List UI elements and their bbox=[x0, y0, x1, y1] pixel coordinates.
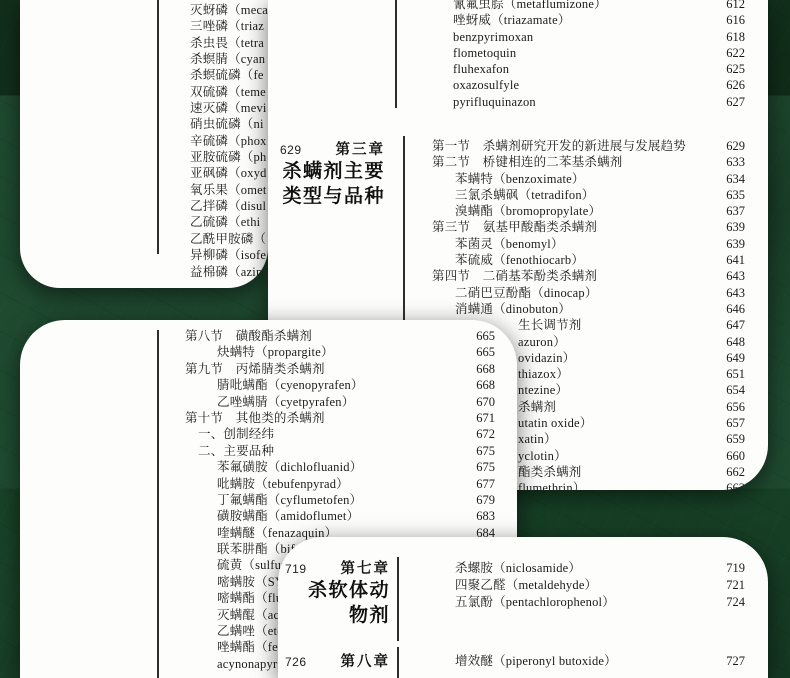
toc-page-number: 646 bbox=[726, 301, 745, 317]
toc-entry-text: 二、主要品种 bbox=[198, 444, 274, 458]
toc-entry-text: benzpyrimoxan bbox=[453, 30, 533, 44]
toc-entry-text: 生长调节剂 bbox=[518, 318, 582, 332]
chapter-head: 629 第三章 bbox=[280, 138, 385, 159]
toc-entry-text: 嘧螨胺（SY bbox=[217, 575, 284, 589]
toc-entry-text: flometoquin bbox=[453, 46, 516, 60]
chapter-start-page: 726 bbox=[285, 655, 307, 669]
toc-row: 杀螺胺（niclosamide） 719 bbox=[455, 560, 745, 577]
toc-page-number: 668 bbox=[476, 361, 495, 377]
toc-row: 苯菌灵（benomyl） 639 bbox=[432, 236, 745, 252]
toc-row: 益棉磷（azinp bbox=[190, 264, 268, 280]
toc-page-number: 639 bbox=[726, 236, 745, 252]
toc-row: 第三节 氨基甲酸酯类杀螨剂 639 bbox=[432, 219, 745, 235]
toc-entry-text: 第十节 其他类的杀螨剂 bbox=[185, 411, 325, 425]
toc-entry-text: 益棉磷（azinp bbox=[190, 265, 268, 279]
toc-entry-text: 异柳磷（isofe bbox=[190, 248, 266, 262]
chapter-title-line1: 杀螨剂主要 bbox=[280, 159, 385, 184]
toc-list: 灭蚜磷（meca 三唑磷（triaz 杀虫畏（tetra 杀螟腈（cyan 杀螟… bbox=[190, 2, 268, 280]
toc-entry-text: 二硝巴豆酚酯（dinocap） bbox=[455, 286, 598, 300]
toc-page-number: 626 bbox=[726, 77, 745, 93]
toc-row: 三氯杀螨砜（tetradifon） 635 bbox=[432, 187, 745, 203]
toc-entry-text: 吡螨胺（tebufenpyrad） bbox=[217, 477, 349, 491]
toc-page-number: 719 bbox=[726, 560, 745, 577]
toc-entry-text: 乙酰甲胺磷（ bbox=[190, 232, 266, 246]
toc-row: 第一节 杀螨剂研究开发的新进展与发展趋势 629 bbox=[432, 138, 745, 154]
toc-row: 增效醚（piperonyl butoxide） 727 bbox=[455, 653, 745, 670]
toc-entry-text: 苯螨特（benzoximate） bbox=[455, 172, 585, 186]
toc-entry-text: 氰氟虫腙（metaflumizone） bbox=[453, 0, 607, 11]
chapter-label: 第三章 bbox=[336, 138, 386, 159]
toc-row: 苯硫威（fenothiocarb） 641 bbox=[432, 252, 745, 268]
toc-row: 三唑磷（triaz bbox=[190, 18, 268, 34]
toc-entry-text: 双硫磷（teme bbox=[190, 85, 266, 99]
toc-row: 苯氟磺胺（dichlofluanid） 675 bbox=[185, 459, 495, 475]
toc-page-number: 654 bbox=[726, 382, 745, 398]
column-divider bbox=[157, 330, 159, 678]
toc-page-number: 625 bbox=[726, 61, 745, 77]
toc-row: 苯螨特（benzoximate） 634 bbox=[432, 171, 745, 187]
toc-row: 第九节 丙烯腈类杀螨剂 668 bbox=[185, 361, 495, 377]
toc-entry-text: 消螨通（dinobuton） bbox=[455, 302, 571, 316]
toc-page-number: 633 bbox=[726, 154, 745, 170]
toc-row: 二硝巴豆酚酯（dinocap） 643 bbox=[432, 285, 745, 301]
toc-entry-text: 三氯杀螨砜（tetradifon） bbox=[455, 188, 595, 202]
toc-page-number: 675 bbox=[476, 459, 495, 475]
chapter-start-page: 629 bbox=[280, 143, 302, 157]
column-divider bbox=[403, 136, 405, 322]
toc-page-number: 662 bbox=[726, 464, 745, 480]
toc-row: 杀虫畏（tetra bbox=[190, 35, 268, 51]
chapter-title-line1: 杀软体动 bbox=[285, 578, 390, 603]
toc-entry-text: yclotin） bbox=[518, 449, 567, 463]
toc-page-number: 618 bbox=[726, 29, 745, 45]
toc-entry-text: 增效醚（piperonyl butoxide） bbox=[455, 654, 617, 668]
toc-page-number: 660 bbox=[726, 448, 745, 464]
chapter-label: 第七章 bbox=[341, 557, 391, 578]
toc-row: fluhexafon 625 bbox=[453, 61, 745, 77]
toc-entry-text: 五氯酚（pentachlorophenol） bbox=[455, 595, 615, 609]
toc-entry-text: 杀螨剂 bbox=[518, 400, 556, 414]
toc-row: 辛硫磷（phox bbox=[190, 133, 268, 149]
toc-row: 消螨通（dinobuton） 646 bbox=[432, 301, 745, 317]
toc-row: oxazosulfyle 626 bbox=[453, 77, 745, 93]
chapter-8-block: 726 第八章 bbox=[285, 650, 390, 671]
toc-row: 丁氟螨酯（cyflumetofen） 679 bbox=[185, 492, 495, 508]
toc-page-number: 675 bbox=[476, 443, 495, 459]
toc-row: 杀螟硫磷（fe bbox=[190, 67, 268, 83]
toc-entry-text: oxazosulfyle bbox=[453, 78, 519, 92]
toc-row: 氧乐果（omet bbox=[190, 182, 268, 198]
toc-entry-text: 酯类杀螨剂 bbox=[518, 465, 582, 479]
toc-page-number: 641 bbox=[726, 252, 745, 268]
toc-row: 五氯酚（pentachlorophenol） 724 bbox=[455, 594, 745, 611]
toc-entry-text: ntezine） bbox=[518, 383, 568, 397]
toc-page-number: 721 bbox=[726, 577, 745, 594]
toc-row: 异柳磷（isofe bbox=[190, 247, 268, 263]
toc-row: 速灭磷（mevi bbox=[190, 100, 268, 116]
chapter-3-block: 629 第三章 杀螨剂主要 类型与品种 bbox=[280, 138, 385, 209]
column-divider bbox=[397, 647, 399, 678]
toc-entry-text: 第三节 氨基甲酸酯类杀螨剂 bbox=[432, 220, 597, 234]
toc-entry-text: 苯硫威（fenothiocarb） bbox=[455, 253, 584, 267]
column-divider bbox=[395, 0, 397, 108]
toc-page-number: 679 bbox=[476, 492, 495, 508]
toc-list: 杀螺胺（niclosamide） 719 四聚乙醛（metaldehyde） 7… bbox=[455, 560, 745, 611]
toc-entry-text: thiazox） bbox=[518, 367, 569, 381]
toc-page-number: 643 bbox=[726, 285, 745, 301]
toc-page-number: 637 bbox=[726, 203, 745, 219]
toc-row: 乙硫磷（ethi bbox=[190, 214, 268, 230]
toc-page-number: 634 bbox=[726, 171, 745, 187]
toc-entry-text: 杀虫畏（tetra bbox=[190, 36, 264, 50]
toc-entry-text: 磺胺螨酯（amidoflumet） bbox=[217, 509, 359, 523]
toc-page-number: 683 bbox=[476, 508, 495, 524]
toc-row: 乙拌磷（disul bbox=[190, 198, 268, 214]
toc-page-number: 668 bbox=[476, 377, 495, 393]
column-divider bbox=[397, 557, 399, 641]
toc-entry-text: 杀螟硫磷（fe bbox=[190, 68, 264, 82]
toc-row: 亚胺硫磷（ph bbox=[190, 149, 268, 165]
toc-entry-text: 杀螺胺（niclosamide） bbox=[455, 561, 581, 575]
toc-entry-text: 第九节 丙烯腈类杀螨剂 bbox=[185, 362, 325, 376]
toc-row: 氰氟虫腙（metaflumizone） 612 bbox=[453, 0, 745, 12]
toc-entry-text: 灭螨醌（ace bbox=[217, 608, 285, 622]
toc-row: 溴螨酯（bromopropylate） 637 bbox=[432, 203, 745, 219]
toc-entry-text: ovidazin） bbox=[518, 351, 575, 365]
toc-entry-text: 苯氟磺胺（dichlofluanid） bbox=[217, 460, 362, 474]
toc-entry-text: 氧乐果（omet bbox=[190, 183, 267, 197]
toc-entry-text: 亚砜磷（oxyd bbox=[190, 166, 267, 180]
toc-row: 第八节 磺酸酯杀螨剂 665 bbox=[185, 328, 495, 344]
toc-row: 第二节 桥键相连的二苯基杀螨剂 633 bbox=[432, 154, 745, 170]
toc-page-number: 665 bbox=[476, 328, 495, 344]
toc-row: benzpyrimoxan 618 bbox=[453, 29, 745, 45]
toc-row: 硝虫硫磷（ni bbox=[190, 116, 268, 132]
toc-row: 吡螨胺（tebufenpyrad） 677 bbox=[185, 476, 495, 492]
toc-entry-text: 第四节 二硝基苯酚类杀螨剂 bbox=[432, 269, 597, 283]
column-divider bbox=[157, 0, 159, 254]
toc-page-number: 665 bbox=[476, 344, 495, 360]
toc-page-number: 635 bbox=[726, 187, 745, 203]
toc-row: 唑蚜威（triazamate） 616 bbox=[453, 12, 745, 28]
toc-row: 腈吡螨酯（cyenopyrafen） 668 bbox=[185, 377, 495, 393]
toc-row: flometoquin 622 bbox=[453, 45, 745, 61]
toc-entry-text: 亚胺硫磷（ph bbox=[190, 150, 266, 164]
toc-page-number: 622 bbox=[726, 45, 745, 61]
toc-entry-text: azuron） bbox=[518, 335, 566, 349]
toc-page-number: 649 bbox=[726, 350, 745, 366]
toc-row: 乙唑螨腈（cyetpyrafen） 670 bbox=[185, 394, 495, 410]
toc-page-number: 672 bbox=[476, 426, 495, 442]
toc-row: 磺胺螨酯（amidoflumet） 683 bbox=[185, 508, 495, 524]
toc-entry-text: acynonapyr bbox=[217, 657, 277, 671]
toc-entry-text: flumethrin） bbox=[518, 481, 585, 490]
chapter-title-line2: 类型与品种 bbox=[280, 184, 385, 209]
chapter-head: 719 第七章 bbox=[285, 557, 390, 578]
toc-entry-text: 乙唑螨腈（cyetpyrafen） bbox=[217, 395, 354, 409]
toc-entry-text: 腈吡螨酯（cyenopyrafen） bbox=[217, 378, 364, 392]
toc-entry-text: 第二节 桥键相连的二苯基杀螨剂 bbox=[432, 155, 623, 169]
toc-row: 炔螨特（propargite） 665 bbox=[185, 344, 495, 360]
toc-page-number: 648 bbox=[726, 334, 745, 350]
chapter-label: 第八章 bbox=[341, 650, 391, 671]
toc-page-number: 639 bbox=[726, 219, 745, 235]
toc-entry-text: 一、创制经纬 bbox=[198, 427, 274, 441]
toc-page-number: 616 bbox=[726, 12, 745, 28]
chapter-title-line2: 物剂 bbox=[285, 603, 390, 628]
toc-entry-text: 丁氟螨酯（cyflumetofen） bbox=[217, 493, 362, 507]
book-toc-screenshot: 灭蚜磷（meca 三唑磷（triaz 杀虫畏（tetra 杀螟腈（cyan 杀螟… bbox=[0, 0, 790, 678]
toc-entry-text: 硝虫硫磷（ni bbox=[190, 117, 264, 131]
toc-page-number: 643 bbox=[726, 268, 745, 284]
toc-row: pyrifluquinazon 627 bbox=[453, 94, 745, 110]
toc-page-bottom-right: 719 第七章 杀软体动 物剂 杀螺胺（niclosamide） 719 四聚乙… bbox=[278, 537, 768, 678]
toc-page-number: 657 bbox=[726, 415, 745, 431]
toc-page-number: 656 bbox=[726, 399, 745, 415]
toc-page-number: 659 bbox=[726, 431, 745, 447]
toc-page-number: 671 bbox=[476, 410, 495, 426]
toc-row: 四聚乙醛（metaldehyde） 721 bbox=[455, 577, 745, 594]
toc-entry-text: 溴螨酯（bromopropylate） bbox=[455, 204, 601, 218]
toc-entry-text: 灭蚜磷（meca bbox=[190, 3, 268, 17]
toc-entry-text: 速灭磷（mevi bbox=[190, 101, 267, 115]
toc-row: 灭蚜磷（meca bbox=[190, 2, 268, 18]
toc-page-number: 647 bbox=[726, 317, 745, 333]
toc-page-number: 724 bbox=[726, 594, 745, 611]
chapter-head: 726 第八章 bbox=[285, 650, 390, 671]
toc-entry-text: xatin） bbox=[518, 432, 557, 446]
toc-page-number: 629 bbox=[726, 138, 745, 154]
toc-row: 第十节 其他类的杀螨剂 671 bbox=[185, 410, 495, 426]
toc-entry-text: 乙拌磷（disul bbox=[190, 199, 266, 213]
toc-entry-text: 第一节 杀螨剂研究开发的新进展与发展趋势 bbox=[432, 139, 686, 153]
toc-entry-text: 第八节 磺酸酯杀螨剂 bbox=[185, 329, 312, 343]
toc-page-number: 677 bbox=[476, 476, 495, 492]
toc-page-number: 727 bbox=[726, 653, 745, 670]
toc-page-number: 670 bbox=[476, 394, 495, 410]
toc-page-top-left: 灭蚜磷（meca 三唑磷（triaz 杀虫畏（tetra 杀螟腈（cyan 杀螟… bbox=[20, 0, 268, 288]
toc-entry-text: 四聚乙醛（metaldehyde） bbox=[455, 578, 597, 592]
toc-entry-text: 杀螟腈（cyan bbox=[190, 52, 265, 66]
chapter-start-page: 719 bbox=[285, 562, 307, 576]
toc-entry-text: fluhexafon bbox=[453, 62, 509, 76]
toc-entry-text: 硫黄（sulfur bbox=[217, 558, 285, 572]
toc-list: 氰氟虫腙（metaflumizone） 612 唑蚜威（triazamate） … bbox=[453, 0, 745, 110]
toc-row: 亚砜磷（oxyd bbox=[190, 165, 268, 181]
chapter-7-block: 719 第七章 杀软体动 物剂 bbox=[285, 557, 390, 628]
toc-row: 乙酰甲胺磷（ bbox=[190, 231, 268, 247]
toc-row: 杀螟腈（cyan bbox=[190, 51, 268, 67]
toc-row: 一、创制经纬 672 bbox=[185, 426, 495, 442]
toc-entry-text: utatin oxide） bbox=[518, 416, 592, 430]
toc-row: 二、主要品种 675 bbox=[185, 443, 495, 459]
toc-page-number: 663 bbox=[726, 480, 745, 490]
toc-entry-text: 炔螨特（propargite） bbox=[217, 345, 334, 359]
toc-entry-text: 三唑磷（triaz bbox=[190, 19, 264, 33]
toc-page-number: 651 bbox=[726, 366, 745, 382]
toc-list: 增效醚（piperonyl butoxide） 727 bbox=[455, 653, 745, 670]
toc-entry-text: 辛硫磷（phox bbox=[190, 134, 267, 148]
toc-entry-text: 乙硫磷（ethi bbox=[190, 215, 260, 229]
toc-row: 双硫磷（teme bbox=[190, 84, 268, 100]
toc-page-number: 612 bbox=[726, 0, 745, 12]
toc-entry-text: pyrifluquinazon bbox=[453, 95, 536, 109]
toc-entry-text: 苯菌灵（benomyl） bbox=[455, 237, 564, 251]
toc-entry-text: 唑蚜威（triazamate） bbox=[453, 13, 571, 27]
toc-page-number: 627 bbox=[726, 94, 745, 110]
toc-row: 第四节 二硝基苯酚类杀螨剂 643 bbox=[432, 268, 745, 284]
